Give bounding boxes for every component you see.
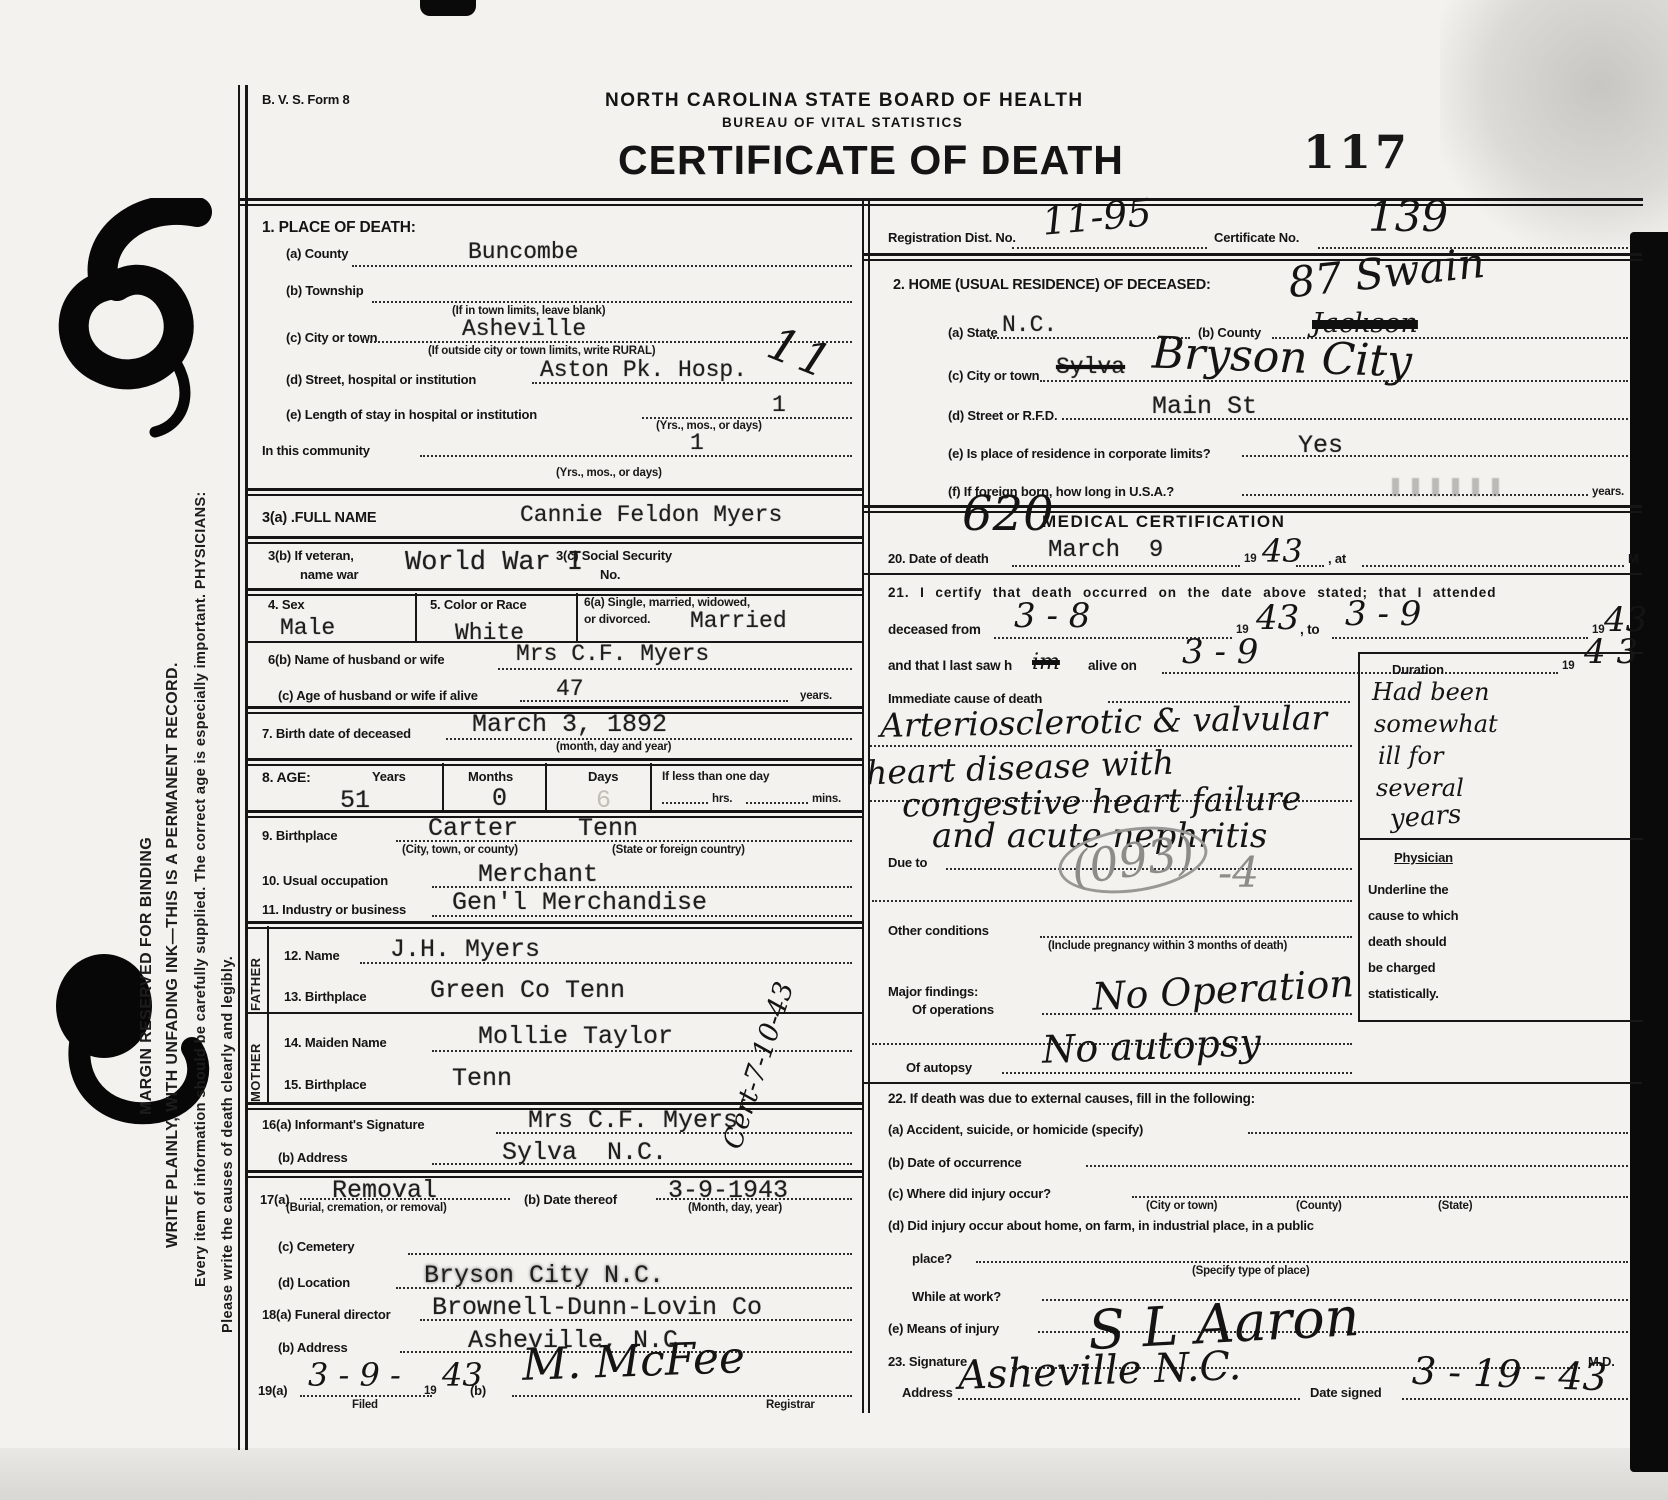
home-street-value: Main St (1152, 392, 1257, 421)
physician-note-3: death should (1368, 934, 1447, 949)
spouse-age-unit: years. (800, 690, 832, 702)
spouse-age-label: (c) Age of husband or wife if alive (278, 688, 478, 703)
physician-note-5: statistically. (1368, 986, 1439, 1001)
certificate-no-label: Certificate No. (1214, 230, 1299, 245)
birth-date-note: (month, day and year) (556, 741, 671, 753)
last-saw-hand: 3 - 9 (1182, 632, 1258, 672)
external-heading: 22. If death was due to external causes,… (888, 1091, 1255, 1106)
rule (246, 758, 864, 766)
certify-to-label: , to (1300, 622, 1319, 637)
community-label: In this community (262, 443, 370, 458)
home-heading: 2. HOME (USUAL RESIDENCE) OF DECEASED: (893, 277, 1211, 293)
scan-shadow-top-right (1440, 0, 1668, 245)
age-mins-label: mins. (812, 793, 841, 805)
disposition-type-note: (Burial, cremation, or removal) (286, 1202, 447, 1214)
township-label: (b) Township (286, 283, 364, 298)
dotted-line (446, 738, 852, 740)
place-of-death-heading: 1. PLACE OF DEATH: (262, 219, 416, 237)
death-date-label: 20. Date of death (888, 551, 989, 566)
other-conditions-label: Other conditions (888, 923, 989, 938)
dotted-line (1012, 247, 1207, 249)
death-date-at: , at (1328, 551, 1346, 566)
dotted-line (1296, 565, 1324, 567)
dotted-line (1040, 380, 1628, 382)
operations-hand: No Operation (1091, 961, 1355, 1019)
marital-label2: or divorced. (584, 612, 650, 626)
funeral-addr-label: (b) Address (278, 1340, 348, 1355)
dotted-line (420, 1319, 852, 1321)
full-name-label: 3(a) .FULL NAME (262, 510, 376, 526)
street-value: Aston Pk. Hosp. (540, 357, 747, 383)
dotted-line (396, 840, 852, 842)
physician-addr-hand: Asheville N.C. (957, 1343, 1242, 1399)
binder-clip-artifact-bottom (40, 948, 215, 1138)
stay-note: (Yrs., mos., or days) (656, 420, 762, 432)
dotted-line (408, 1253, 852, 1255)
dotted-line (1040, 936, 1352, 938)
dotted-line (360, 962, 852, 964)
dotted-line (1402, 1398, 1628, 1400)
dotted-line (420, 455, 852, 457)
birthplace-note1: (City, town, or county) (402, 844, 518, 856)
binder-clip-artifact-top (45, 198, 213, 443)
home-corporate-label: (e) Is place of residence in corporate l… (948, 446, 1210, 461)
birth-date-label: 7. Birth date of deceased (262, 726, 411, 741)
filed-date-hand: 3 - 9 - (308, 1356, 401, 1394)
cell-divider (576, 593, 578, 642)
rule (246, 921, 864, 929)
dotted-line (432, 1050, 852, 1052)
registration-dist-label: Registration Dist. No. (888, 230, 1016, 245)
external-c-note1: (City or town) (1146, 1200, 1217, 1212)
occupation-value: Merchant (478, 860, 598, 889)
date-signed-label: Date signed (1310, 1385, 1381, 1400)
other-conditions-note: (Include pregnancy within 3 months of de… (1048, 940, 1287, 952)
dotted-line (958, 1398, 1300, 1400)
form-number: B. V. S. Form 8 (262, 92, 350, 107)
location-value: Bryson City N.C. (424, 1261, 664, 1290)
death-date-year-prefix: 19 (1244, 553, 1256, 565)
certify-to-hand: 3 - 9 (1345, 594, 1421, 634)
birthplace-label: 9. Birthplace (262, 828, 337, 843)
faint-stamp-artifact (1392, 478, 1510, 496)
autopsy-label: Of autopsy (906, 1060, 972, 1075)
dotted-line (1002, 1072, 1352, 1074)
ssn-label2: No. (600, 567, 620, 582)
side-box-left (1358, 652, 1360, 1022)
bureau-subtitle: BUREAU OF VITAL STATISTICS (722, 115, 963, 130)
dotted-line (372, 301, 852, 303)
community-note: (Yrs., mos., or days) (556, 467, 662, 479)
scan-black-bar-right (1630, 232, 1668, 1472)
home-street-label: (d) Street or R.F.D. (948, 408, 1057, 423)
dotted-line (432, 1163, 852, 1165)
certify-from-hand: 3 - 8 (1014, 596, 1090, 636)
dotted-line (496, 1132, 852, 1134)
medical-code-hand: 620 (962, 486, 1054, 542)
certificate-title: CERTIFICATE OF DEATH (618, 137, 1124, 184)
home-city-hand: Bryson City (1151, 327, 1413, 387)
dotted-line (300, 1198, 510, 1200)
occupation-label: 10. Usual occupation (262, 873, 388, 888)
margin-note-legibility: Please write the causes of death clearly… (220, 688, 236, 1333)
father-birthplace-label: 13. Birthplace (284, 989, 366, 1004)
home-city-label: (c) City or town (948, 368, 1039, 383)
death-date-month: March 9 (1048, 537, 1163, 564)
cell-divider (650, 763, 652, 810)
duration-hand-2: somewhat (1374, 710, 1498, 738)
physician-note-1: Underline the (1368, 882, 1448, 897)
external-e-label: (e) Means of injury (888, 1321, 999, 1336)
filed-caption: Filed (352, 1399, 378, 1411)
death-date-meridiem: M (1628, 551, 1639, 566)
industry-label: 11. Industry or business (262, 902, 406, 917)
medical-heading: MEDICAL CERTIFICATION (1042, 512, 1285, 532)
external-c-note2: (County) (1296, 1200, 1342, 1212)
external-b-label: (b) Date of occurrence (888, 1155, 1022, 1170)
physician-note-4: be charged (1368, 960, 1435, 975)
duration-hand-3: ill for (1378, 742, 1443, 770)
funeral-director-label: 18(a) Funeral director (262, 1307, 391, 1322)
birth-date-value: March 3, 1892 (472, 710, 667, 739)
rule (246, 588, 864, 596)
dotted-line (656, 1198, 852, 1200)
last-saw-label2: alive on (1088, 658, 1137, 673)
birthplace-note2: (State or foreign country) (612, 844, 745, 856)
home-state-value: N.C. (1002, 312, 1057, 338)
dotted-line (642, 417, 852, 419)
sex-value: Male (280, 615, 335, 641)
side-divider (267, 926, 269, 1012)
rule (862, 573, 1642, 575)
side-divider (267, 1014, 269, 1102)
spouse-value: Mrs C.F. Myers (516, 641, 709, 667)
side-box-top (1358, 652, 1643, 654)
community-value: 1 (690, 430, 704, 456)
informant-sig-label: 16(a) Informant's Signature (262, 1117, 424, 1132)
age-months-label: Months (468, 769, 513, 784)
county-value: Buncombe (468, 239, 578, 265)
rule (246, 536, 864, 544)
external-c-label: (c) Where did injury occur? (888, 1186, 1051, 1201)
dotted-line (520, 700, 788, 702)
due-to-label: Due to (888, 855, 927, 870)
age-days-label: Days (588, 769, 618, 784)
rule (862, 1082, 1642, 1084)
birthplace-value: Carter Tenn (428, 814, 638, 843)
location-label: (d) Location (278, 1275, 350, 1290)
external-work-label: While at work? (912, 1289, 1001, 1304)
veteran-label: 3(b) If veteran, (268, 548, 354, 563)
side-box-mid (1358, 838, 1643, 840)
dotted-line (1062, 418, 1628, 420)
certificate-no-value: 139 (1368, 192, 1448, 241)
dotted-line (512, 1395, 852, 1397)
home-city-struck: Sylva (1056, 354, 1125, 380)
age-years-label: Years (372, 769, 406, 784)
city-value: Asheville (462, 316, 586, 342)
dotted-line (872, 900, 1352, 902)
board-title: NORTH CAROLINA STATE BOARD OF HEALTH (605, 90, 1084, 112)
autopsy-hand: No autopsy (1041, 1020, 1261, 1072)
street-label: (d) Street, hospital or institution (286, 372, 476, 387)
marital-value: Married (690, 608, 787, 634)
external-d-note: (Specify type of place) (1192, 1265, 1309, 1277)
cause-hand-1: Arteriosclerotic & valvular (880, 698, 1328, 745)
age-label: 8. AGE: (262, 769, 311, 785)
death-certificate-scan: MARGIN RESERVED FOR BINDING WRITE PLAINL… (0, 0, 1668, 1500)
filed-b-label: (b) (470, 1383, 486, 1398)
dotted-line (1086, 1165, 1628, 1167)
date-signed-hand: 3 - 19 - 43 (1411, 1349, 1607, 1400)
mother-birthplace-label: 15. Birthplace (284, 1077, 366, 1092)
stay-label: (e) Length of stay in hospital or instit… (286, 407, 537, 422)
form-divider-center-a (862, 198, 864, 1413)
informant-addr-label: (b) Address (278, 1150, 348, 1165)
physician-note-2: cause to which (1368, 908, 1458, 923)
disposition-date-label: (b) Date thereof (524, 1192, 617, 1207)
age-less-label: If less than one day (662, 769, 769, 783)
dotted-line (1242, 455, 1628, 457)
pencil-code-suffix: -4 (1218, 848, 1259, 897)
sex-label: 4. Sex (268, 597, 304, 612)
father-side-label: FATHER (248, 933, 263, 1011)
form-border-left-inner (245, 85, 248, 1450)
dotted-line (432, 915, 852, 917)
cell-divider (415, 593, 417, 642)
dotted-line (352, 265, 852, 267)
disposition-date-note: (Month, day, year) (688, 1202, 782, 1214)
form-divider-center-b (868, 198, 870, 1413)
external-c-note3: (State) (1438, 1200, 1472, 1212)
stay-value: 1 (772, 392, 786, 418)
registrar-signature: M. McFee (521, 1332, 746, 1391)
dotted-line (1132, 1196, 1628, 1198)
dotted-line (1162, 672, 1558, 674)
rule (246, 488, 864, 496)
cell-divider (545, 763, 547, 810)
mother-name-label: 14. Maiden Name (284, 1035, 387, 1050)
duration-hand-5: years (1389, 800, 1462, 835)
operations-label: Of operations (912, 1002, 994, 1017)
disposition-type-label: 17(a) (260, 1192, 289, 1207)
certify-from-label: deceased from (888, 622, 981, 637)
mother-side-label: MOTHER (248, 1020, 263, 1102)
external-a-label: (a) Accident, suicide, or homicide (spec… (888, 1122, 1143, 1137)
full-name-value: Cannie Feldon Myers (520, 502, 782, 528)
home-foreign-unit: years. (1592, 486, 1624, 498)
cell-divider (442, 763, 444, 810)
certify-from-year-hand: 43 (1256, 598, 1299, 638)
last-saw-year-prefix: 19 (1562, 660, 1574, 672)
veteran-label2: name war (300, 567, 358, 582)
diagonal-cert-note: Cert-7-10-43 (717, 978, 800, 1153)
last-saw-struck: im (1032, 650, 1060, 675)
last-saw-label: and that I last saw h (888, 658, 1012, 673)
margin-note-binding: MARGIN RESERVED FOR BINDING (138, 515, 156, 1115)
rule (862, 253, 1642, 261)
dotted-line (1248, 1132, 1628, 1134)
margin-note-accuracy: Every item of information should be care… (193, 92, 209, 1287)
external-d-label: (d) Did injury occur about home, on farm… (888, 1218, 1314, 1233)
dotted-line (498, 668, 852, 670)
duration-hand-4: several (1376, 774, 1464, 802)
dotted-line (1332, 637, 1588, 639)
dotted-line (396, 1287, 852, 1289)
age-hrs-label: hrs. (712, 793, 732, 805)
mother-birthplace-value: Tenn (452, 1064, 512, 1093)
margin-note-ink: WRITE PLAINLY, WITH UNFADING INK—THIS IS… (164, 128, 182, 1248)
father-birthplace-value: Green Co Tenn (430, 976, 625, 1005)
external-d-label2: place? (912, 1251, 952, 1266)
funeral-director-value: Brownell-Dunn-Lovin Co (432, 1293, 762, 1322)
marital-label: 6(a) Single, married, widowed, (584, 595, 750, 609)
father-name-value: J.H. Myers (390, 935, 540, 964)
street-hand-mark: 11 (760, 316, 842, 391)
disposition-type-value: Removal (332, 1176, 437, 1205)
informant-sig-value: Mrs C.F. Myers (528, 1106, 738, 1135)
spouse-label: 6(b) Name of husband or wife (268, 652, 444, 667)
dotted-line (976, 1261, 1628, 1263)
mother-name-value: Mollie Taylor (478, 1022, 673, 1051)
dotted-line (746, 802, 808, 804)
father-name-label: 12. Name (284, 948, 340, 963)
filed-label: 19(a) (258, 1383, 287, 1398)
home-county-hand: 87 Swain (1286, 238, 1487, 307)
industry-value: Gen'l Merchandise (452, 888, 707, 917)
race-label: 5. Color or Race (430, 597, 527, 612)
ssn-label: 3(c) Social Security (556, 548, 672, 563)
physician-addr-label: Address (902, 1385, 953, 1400)
registration-dist-value: 11-95 (1040, 190, 1153, 243)
spouse-age-value: 47 (556, 676, 584, 702)
duration-label: Duration (1392, 662, 1444, 677)
side-box-bottom (1358, 1020, 1643, 1022)
scan-blob-top (420, 0, 476, 16)
physician-sig-label: 23. Signature (888, 1354, 967, 1369)
certificate-stamp-number: 117 (1303, 125, 1411, 179)
city-note: (If outside city or town limits, write R… (428, 345, 655, 357)
dotted-line (1362, 565, 1624, 567)
dotted-line (300, 1395, 432, 1397)
duration-hand-1: Had been (1372, 678, 1489, 706)
registrar-caption: Registrar (766, 1399, 815, 1411)
physician-label: Physician (1394, 850, 1453, 865)
cemetery-label: (c) Cemetery (278, 1239, 354, 1254)
dotted-line (662, 802, 708, 804)
disposition-date-value: 3-9-1943 (668, 1176, 788, 1205)
dotted-line (1012, 565, 1240, 567)
age-months-value: 0 (492, 784, 507, 813)
scan-shadow-bottom (0, 1448, 1668, 1500)
form-border-left-outer (238, 85, 240, 1450)
county-label: (a) County (286, 246, 348, 261)
major-findings-label: Major findings: (888, 984, 978, 999)
